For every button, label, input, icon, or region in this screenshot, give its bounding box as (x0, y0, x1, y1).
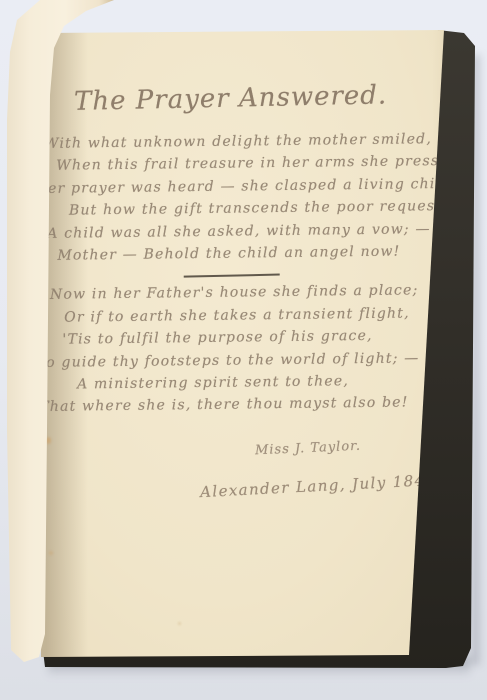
poem-line: That where she is, there thou mayst also… (39, 394, 468, 422)
poem-text: With what unknown delight the mother smi… (34, 131, 468, 422)
foxing-spot (178, 622, 181, 625)
owner-inscription: Alexander Lang, July 1844 (200, 471, 437, 501)
handwritten-title: The Prayer Answered. (74, 81, 355, 117)
author-attribution: Miss J. Taylor. (255, 439, 362, 459)
poem-line: Mother — Behold the child an angel now! (57, 243, 466, 270)
foxing-spot (49, 551, 53, 555)
manuscript-photo: The Prayer Answered. With what unknown d… (0, 0, 487, 700)
poem-stanza-2: Now in her Father's house she finds a pl… (36, 282, 468, 422)
stanza-divider-rule (184, 274, 280, 278)
poem-stanza-1: With what unknown delight the mother smi… (34, 131, 466, 271)
